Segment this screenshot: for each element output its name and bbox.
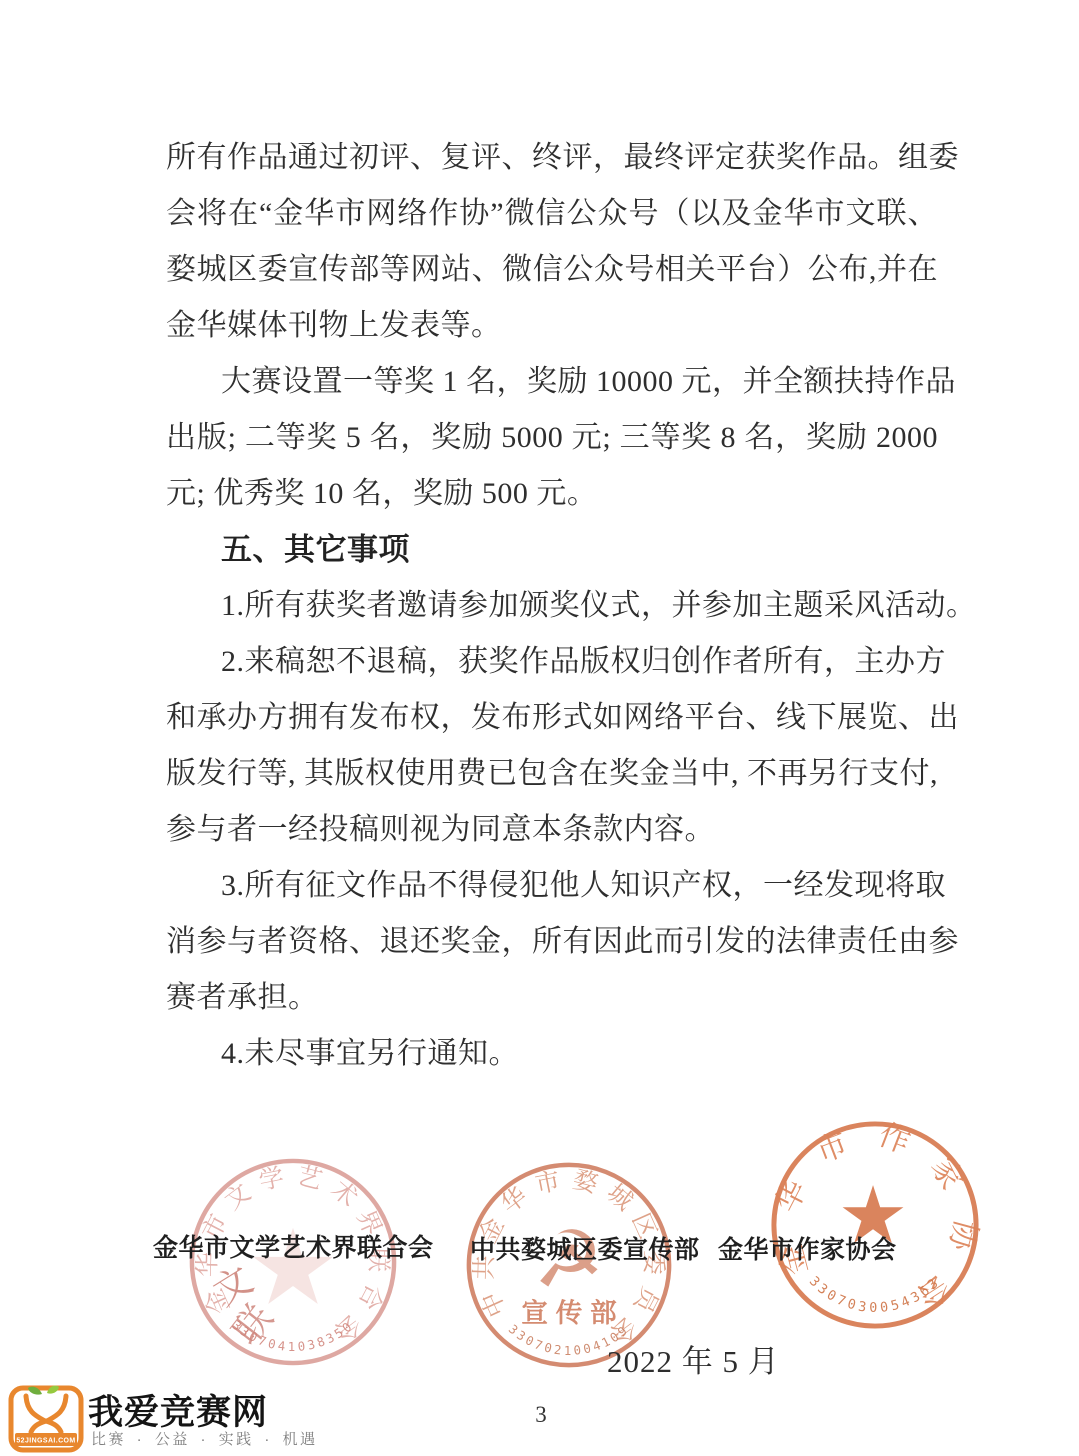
document-date: 2022 年 5 月 xyxy=(607,1336,780,1381)
document-line: 1.所有获奖者邀请参加颁奖仪式，并参加主题采风活动。 xyxy=(166,578,938,634)
document-line: 出版; 二等奖 5 名，奖励 5000 元; 三等奖 8 名，奖励 2000 xyxy=(166,410,938,466)
page-number: 3 xyxy=(516,1402,566,1428)
document-line: 2.来稿恕不退稿，获奖作品版权归创作者所有，主办方 xyxy=(166,634,938,690)
document-line: 大赛设置一等奖 1 名，奖励 10000 元，并全额扶持作品 xyxy=(166,354,938,410)
document-line: 所有作品通过初评、复评、终评，最终评定获奖作品。组委 xyxy=(166,130,938,186)
signature-org-federation: 金华市文学艺术界联合会 xyxy=(153,1228,434,1264)
document-line: 会将在“金华市网络作协”微信公众号（以及金华市文联、 xyxy=(166,186,938,242)
site-tagline: 比赛 · 公益 · 实践 · 机遇 xyxy=(91,1428,318,1449)
document-line: 婺城区委宣传部等网站、微信公众号相关平台）公布,并在 xyxy=(166,242,938,298)
document-line: 4.未尽事宜另行通知。 xyxy=(166,1026,938,1082)
document-line: 消参与者资格、退还奖金，所有因此而引发的法律责任由参 xyxy=(166,914,938,970)
document-line: 参与者一经投稿则视为同意本条款内容。 xyxy=(166,802,938,858)
document-body: 所有作品通过初评、复评、终评，最终评定获奖作品。组委会将在“金华市网络作协”微信… xyxy=(166,130,938,1082)
document-line: 元; 优秀奖 10 名，奖励 500 元。 xyxy=(166,466,938,522)
logo-trophy-icon: 52JINGSAI.COM xyxy=(8,1385,84,1453)
document-line: 版发行等, 其版权使用费已包含在奖金当中, 不再另行支付, xyxy=(166,746,938,802)
official-seal-writers: 金华市作家协会 3307030054363 xyxy=(766,1116,984,1334)
seal-center-text: 宣传部 xyxy=(521,1298,624,1328)
signature-org-propaganda: 中共婺城区委宣传部 xyxy=(470,1230,700,1266)
document-line: 3.所有征文作品不得侵犯他人知识产权，一经发现将取 xyxy=(166,858,938,914)
document-page: 所有作品通过初评、复评、终评，最终评定获奖作品。组委会将在“金华市网络作协”微信… xyxy=(0,0,1079,1456)
document-line: 五、其它事项 xyxy=(166,522,938,578)
document-line: 赛者承担。 xyxy=(166,970,938,1026)
signature-org-writers: 金华市作家协会 xyxy=(718,1230,897,1266)
document-line: 和承办方拥有发布权，发布形式如网络平台、线下展览、出 xyxy=(166,690,938,746)
document-line: 金华媒体刊物上发表等。 xyxy=(166,298,938,354)
site-url: 52JINGSAI.COM xyxy=(16,1438,75,1445)
